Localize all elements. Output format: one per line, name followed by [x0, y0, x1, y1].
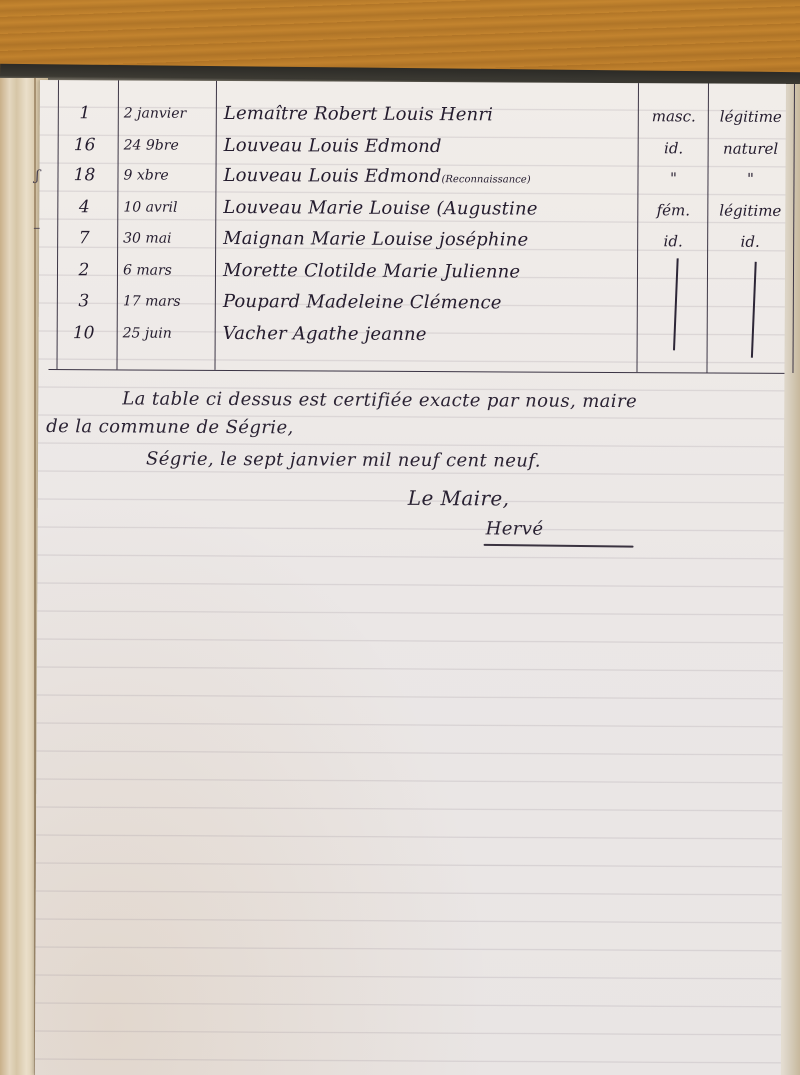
- mayor-title: Le Maire,: [408, 486, 510, 511]
- photo-scene: ʃ – 1 2 janvier Lemaître Robert Louis He…: [0, 0, 800, 1075]
- entry-name: Louveau Louis Edmond(Reconnaissance): [217, 161, 635, 193]
- entry-status: [709, 322, 791, 352]
- entry-status: naturel: [710, 134, 792, 164]
- entry-sex: [639, 258, 707, 288]
- entry-status: [709, 259, 791, 289]
- entry-name-text: Louveau Louis Edmond: [224, 135, 442, 157]
- entry-number: 10: [57, 318, 111, 348]
- entry-date: 30 mai: [119, 223, 215, 254]
- birth-register-table: 1 2 janvier Lemaître Robert Louis Henri …: [48, 80, 786, 374]
- entry-sex: [639, 289, 707, 319]
- entry-date: 24 9bre: [120, 130, 216, 161]
- entry-number: 18: [57, 160, 111, 190]
- entry-note: (Reconnaissance): [441, 174, 530, 185]
- margin-mark: –: [33, 220, 40, 236]
- entry-sex: id.: [640, 133, 708, 163]
- certification-block: La table ci dessus est certifiée exacte …: [38, 380, 784, 384]
- entry-number: 7: [57, 223, 111, 253]
- entry-number: 1: [58, 98, 112, 128]
- entry-name-text: Lemaître Robert Louis Henri: [224, 103, 493, 125]
- entry-status: [709, 290, 791, 320]
- entry-date: 6 mars: [119, 255, 215, 286]
- entry-name: Louveau Louis Edmond: [218, 131, 636, 163]
- entry-name-text: Poupard Madeleine Clémence: [223, 291, 502, 313]
- entry-status: id.: [709, 227, 791, 257]
- entry-sex: masc.: [640, 101, 708, 131]
- entry-date: 2 janvier: [120, 98, 216, 129]
- entry-date: 17 mars: [119, 286, 215, 317]
- entry-sex: id.: [639, 226, 707, 256]
- certification-place-date: Ségrie, le sept janvier mil neuf cent ne…: [146, 449, 541, 472]
- entry-sex: ": [639, 163, 707, 193]
- margin-mark: ʃ: [35, 168, 39, 184]
- table-row: 4 10 avril Louveau Marie Louise (Augusti…: [49, 192, 785, 226]
- entry-name-text: Louveau Louis Edmond: [223, 165, 441, 187]
- entry-name: Maignan Marie Louise joséphine: [217, 224, 635, 256]
- signature-underline: [484, 544, 634, 548]
- entry-status: légitime: [709, 196, 791, 226]
- entry-name-text: Louveau Marie Louise (Augustine: [223, 197, 537, 220]
- table-row: 18 9 xbre Louveau Louis Edmond(Reconnais…: [49, 160, 785, 194]
- table-row: 16 24 9bre Louveau Louis Edmond id. natu…: [50, 130, 786, 164]
- entry-sex: fém.: [639, 195, 707, 225]
- entry-name: Lemaître Robert Louis Henri: [218, 99, 636, 131]
- certification-line-2: de la commune de Ségrie,: [46, 416, 294, 438]
- entry-name-text: Maignan Marie Louise joséphine: [223, 228, 528, 251]
- entry-number: 3: [57, 286, 111, 316]
- entry-number: 2: [57, 255, 111, 285]
- entry-name-text: Vacher Agathe jeanne: [223, 323, 427, 345]
- table-row: 1 2 janvier Lemaître Robert Louis Henri …: [50, 98, 786, 132]
- entry-name: Poupard Madeleine Clémence: [217, 287, 635, 319]
- entry-name: Vacher Agathe jeanne: [217, 319, 635, 351]
- entry-date: 9 xbre: [119, 160, 215, 191]
- entry-name-text: Morette Clotilde Marie Julienne: [223, 260, 520, 283]
- entry-status: légitime: [710, 102, 792, 132]
- entry-name: Morette Clotilde Marie Julienne: [217, 256, 635, 288]
- table-row: 7 30 mai Maignan Marie Louise joséphine …: [49, 223, 785, 257]
- entry-number: 16: [58, 130, 112, 160]
- entry-name: Louveau Marie Louise (Augustine: [217, 193, 635, 225]
- entry-status: ": [709, 164, 791, 194]
- entry-date: 25 juin: [119, 318, 215, 349]
- entry-number: 4: [57, 192, 111, 222]
- mayor-signature: Hervé: [486, 518, 544, 539]
- certification-line-1: La table ci dessus est certifiée exacte …: [122, 388, 637, 412]
- register-page: ʃ – 1 2 janvier Lemaître Robert Louis He…: [35, 80, 786, 1075]
- entry-date: 10 avril: [119, 192, 215, 223]
